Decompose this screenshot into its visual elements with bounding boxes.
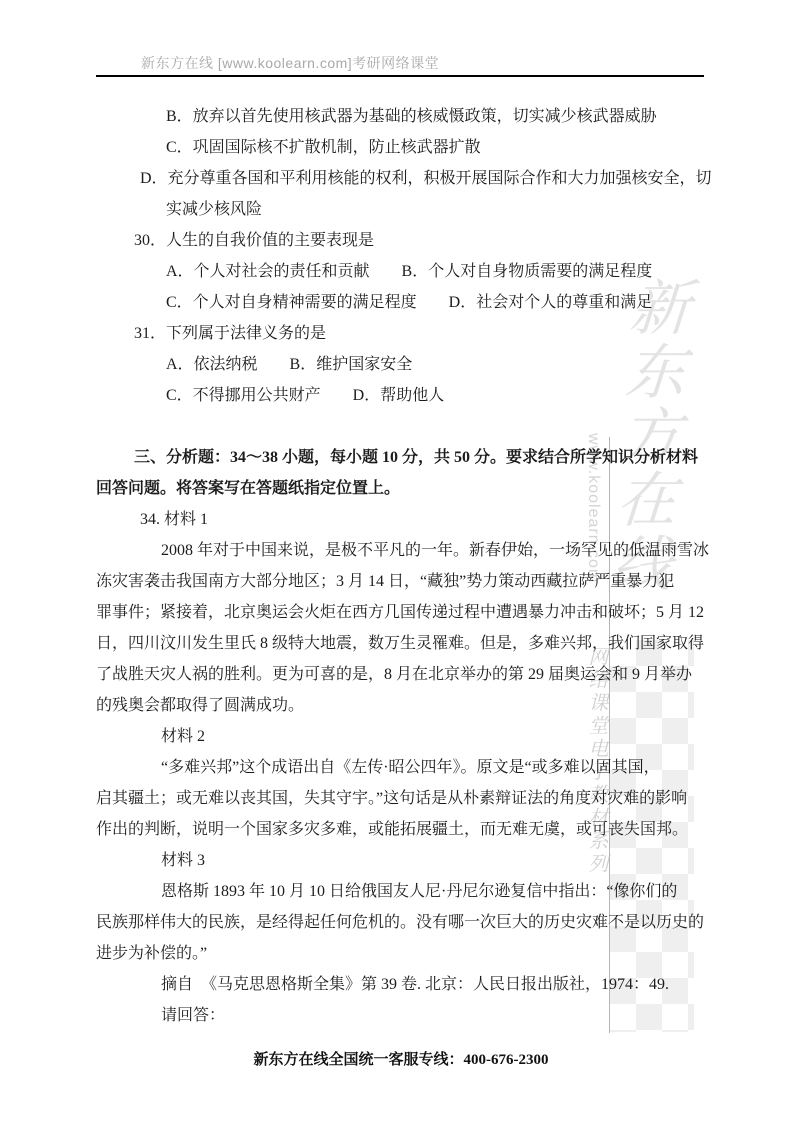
text-line: B．放弃以首先使用核武器为基础的核威慑政策，切实减少核武器威胁 bbox=[96, 101, 756, 132]
text-line: 恩格斯 1893 年 10 月 10 日给俄国友人尼·丹尼尔逊复信中指出：“像你… bbox=[96, 876, 756, 907]
text-line: 材料 3 bbox=[96, 845, 756, 876]
page-header: 新东方在线 [www.koolearn.com]考研网络课堂 bbox=[141, 53, 439, 73]
text-line: 摘自 《马克思恩格斯全集》第 39 卷. 北京：人民日报出版社，1974：49. bbox=[96, 969, 756, 1000]
text-line: 民族那样伟大的民族，是经得起任何危机的。没有哪一次巨大的历史灾难不是以历史的 bbox=[96, 907, 756, 938]
text-line: D．充分尊重各国和平利用核能的权利，积极开展国际合作和大力加强核安全，切 bbox=[96, 163, 756, 194]
text-line: 日，四川汶川发生里氏 8 级特大地震，数万生灵罹难。但是，多难兴邦，我们国家取得 bbox=[96, 628, 756, 659]
text-line: 了战胜天灾人祸的胜利。更为可喜的是，8 月在北京举办的第 29 届奥运会和 9 … bbox=[96, 659, 756, 690]
text-line: 作出的判断，说明一个国家多灾多难，或能拓展疆土，而无难无虞，或可丧失国邦。 bbox=[96, 814, 756, 845]
text-line: A．依法纳税 B．维护国家安全 bbox=[96, 349, 756, 380]
text-line: 2008 年对于中国来说，是极不平凡的一年。新春伊始，一场罕见的低温雨雪冰 bbox=[96, 535, 756, 566]
text-line: A．个人对社会的责任和贡献 B．个人对自身物质需要的满足程度 bbox=[96, 256, 756, 287]
text-line: 请回答： bbox=[96, 1000, 756, 1031]
document-page: 新东方在线 www.koolearn.com 网络课堂电子教材系列 新东方在线 … bbox=[0, 0, 802, 1135]
text-line: 31．下列属于法律义务的是 bbox=[96, 318, 756, 349]
document-content: B．放弃以首先使用核武器为基础的核威慑政策，切实减少核武器威胁C．巩固国际核不扩… bbox=[96, 101, 756, 1031]
text-line: 34. 材料 1 bbox=[96, 504, 756, 535]
header-rule bbox=[96, 75, 704, 77]
text-line: 进步为补偿的。” bbox=[96, 938, 756, 969]
text-line: C．巩固国际核不扩散机制，防止核武器扩散 bbox=[96, 132, 756, 163]
text-line: 回答问题。将答案写在答题纸指定位置上。 bbox=[96, 473, 756, 504]
text-line: 启其疆土；或无难以丧其国，失其守宇。”这句话是从朴素辩证法的角度对灾难的影响 bbox=[96, 783, 756, 814]
text-line: “多难兴邦”这个成语出自《左传·昭公四年》。原文是“或多难以固其国， bbox=[96, 752, 756, 783]
text-line: 实减少核风险 bbox=[96, 194, 756, 225]
page-footer: 新东方在线全国统一客服专线：400-676-2300 bbox=[0, 1048, 802, 1069]
text-line: 三、分析题：34～38 小题，每小题 10 分，共 50 分。要求结合所学知识分… bbox=[96, 442, 756, 473]
text-line: C．个人对自身精神需要的满足程度 D．社会对个人的尊重和满足 bbox=[96, 287, 756, 318]
text-line: 罪事件；紧接着，北京奥运会火炬在西方几国传递过程中遭遇暴力冲击和破坏；5 月 1… bbox=[96, 597, 756, 628]
text-line: 30．人生的自我价值的主要表现是 bbox=[96, 225, 756, 256]
text-line: C．不得挪用公共财产 D．帮助他人 bbox=[96, 380, 756, 411]
text-line: 材料 2 bbox=[96, 721, 756, 752]
blank-line bbox=[96, 411, 756, 442]
footer-phone-number: 400-676-2300 bbox=[464, 1052, 549, 1068]
text-line: 冻灾害袭击我国南方大部分地区；3 月 14 日，“藏独”势力策动西藏拉萨严重暴力… bbox=[96, 566, 756, 597]
footer-service-label: 新东方在线全国统一客服专线： bbox=[253, 1052, 463, 1068]
text-line: 的残奥会都取得了圆满成功。 bbox=[96, 690, 756, 721]
